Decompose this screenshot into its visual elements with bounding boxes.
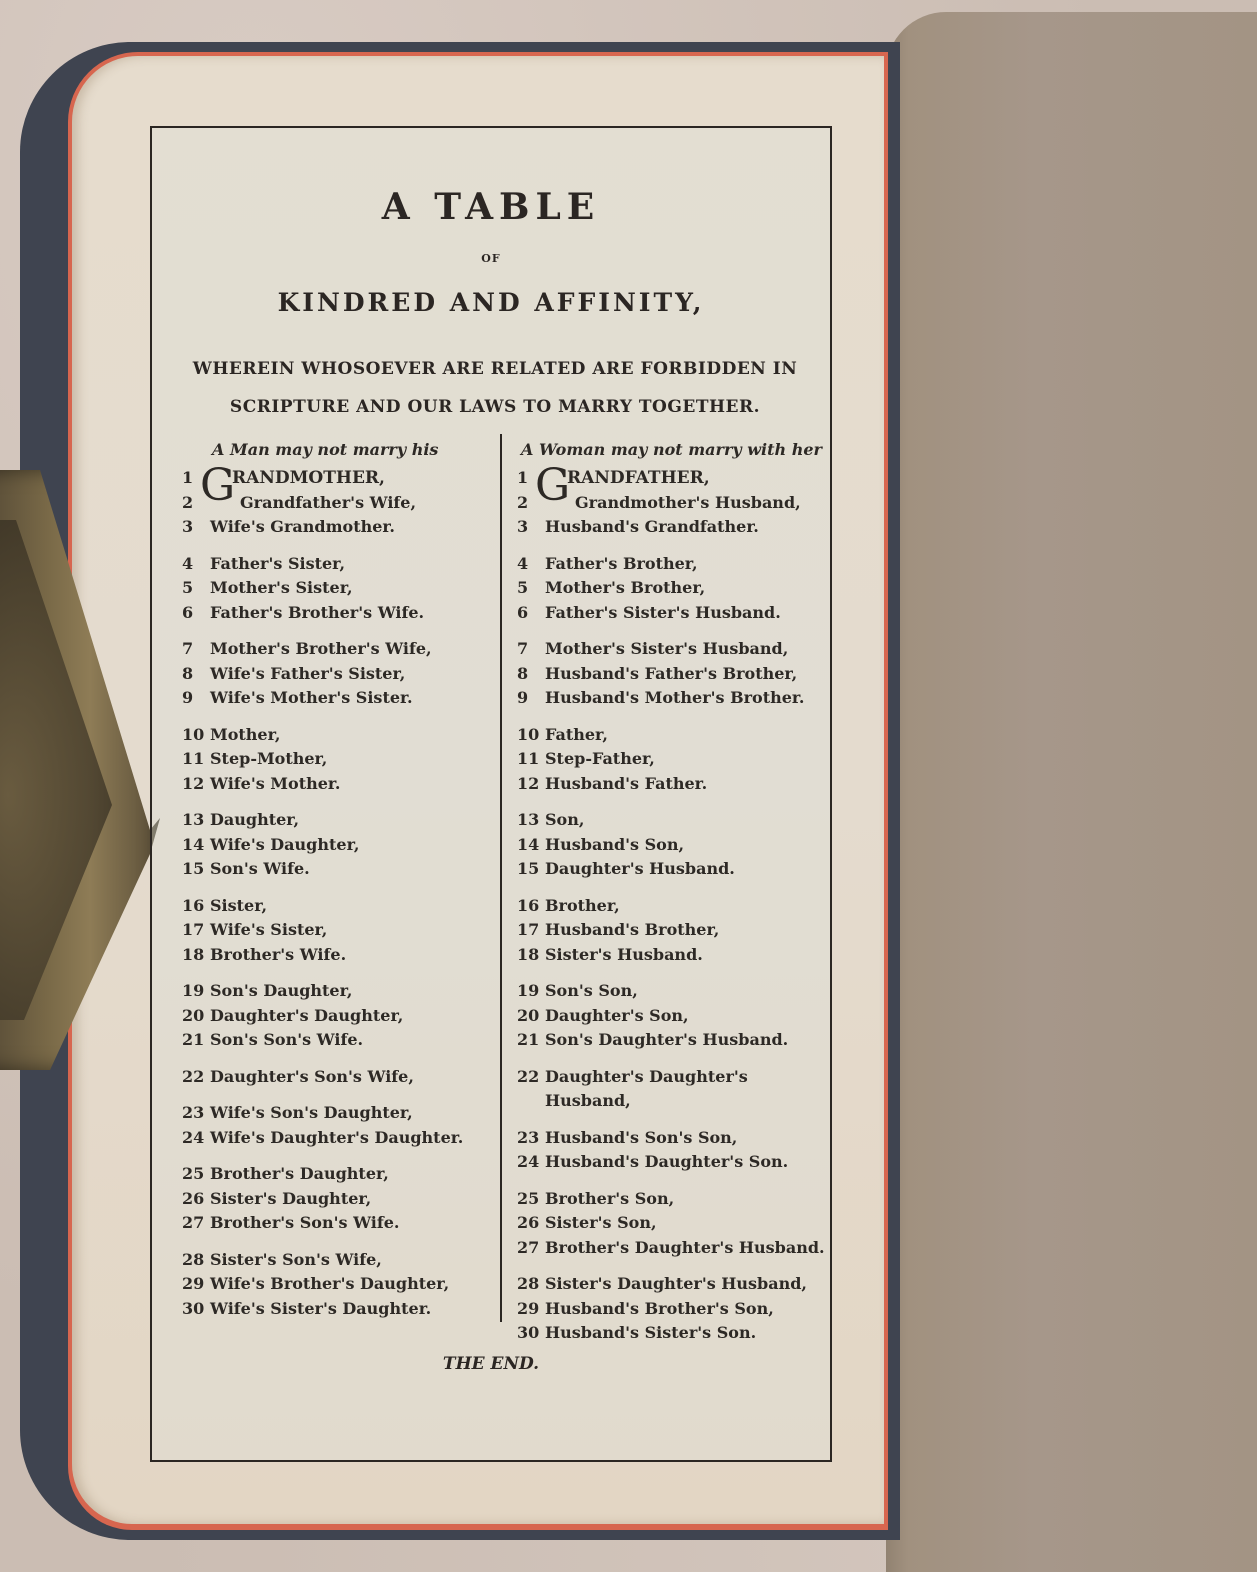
item-text: Wife's Father's Sister, bbox=[210, 662, 502, 687]
list-item: 27Brother's Son's Wife. bbox=[182, 1211, 502, 1236]
list-item: 22Daughter's Son's Wife, bbox=[182, 1065, 502, 1090]
item-text: Husband's Son's Son, bbox=[545, 1126, 827, 1151]
kinship-group: 4Father's Brother,5Mother's Brother,6Fat… bbox=[517, 552, 827, 626]
item-number: 5 bbox=[182, 576, 210, 601]
item-text: Wife's Sister, bbox=[210, 918, 502, 943]
the-end-label: THE END. bbox=[152, 1354, 830, 1374]
list-item: 19Son's Daughter, bbox=[182, 979, 502, 1004]
list-item: 28Sister's Daughter's Husband, bbox=[517, 1272, 827, 1297]
item-text: Son's Wife. bbox=[210, 857, 502, 882]
kinship-group: 7Mother's Sister's Husband,8Husband's Fa… bbox=[517, 637, 827, 711]
item-number: 12 bbox=[182, 772, 210, 797]
list-item: 4Father's Brother, bbox=[517, 552, 827, 577]
list-item: 15Son's Wife. bbox=[182, 857, 502, 882]
kinship-group: 23Wife's Son's Daughter,24Wife's Daughte… bbox=[182, 1101, 502, 1150]
item-number: 6 bbox=[517, 601, 545, 626]
item-number: 28 bbox=[182, 1248, 210, 1273]
item-text: Sister, bbox=[210, 894, 502, 919]
item-text: Husband's Son, bbox=[545, 833, 827, 858]
item-number: 29 bbox=[182, 1272, 210, 1297]
list-item: 22Daughter's Daughter's Husband, bbox=[517, 1065, 827, 1114]
list-item: 13Son, bbox=[517, 808, 827, 833]
list-item: 4Father's Sister, bbox=[182, 552, 502, 577]
list-item: 12Wife's Mother. bbox=[182, 772, 502, 797]
list-item: 14Husband's Son, bbox=[517, 833, 827, 858]
list-item: 6Father's Brother's Wife. bbox=[182, 601, 502, 626]
kinship-group: 28Sister's Daughter's Husband,29Husband'… bbox=[517, 1272, 827, 1346]
item-text: Brother, bbox=[545, 894, 827, 919]
item-text: Brother's Wife. bbox=[210, 943, 502, 968]
item-number: 11 bbox=[517, 747, 545, 772]
item-number: 20 bbox=[182, 1004, 210, 1029]
item-number: 10 bbox=[182, 723, 210, 748]
page-title: A TABLE bbox=[152, 186, 830, 228]
item-text: Grandfather's Wife, bbox=[210, 491, 502, 516]
item-number: 17 bbox=[517, 918, 545, 943]
item-text: Wife's Daughter's Daughter. bbox=[210, 1126, 502, 1151]
list-item: 17Husband's Brother, bbox=[517, 918, 827, 943]
item-number: 21 bbox=[517, 1028, 545, 1053]
item-text: Daughter, bbox=[210, 808, 502, 833]
item-text: Sister's Daughter's Husband, bbox=[545, 1272, 827, 1297]
list-item: 9Wife's Mother's Sister. bbox=[182, 686, 502, 711]
item-text: RANDMOTHER, bbox=[210, 466, 502, 491]
item-text: Father's Brother's Wife. bbox=[210, 601, 502, 626]
item-text: Brother's Daughter's Husband. bbox=[545, 1236, 827, 1261]
item-text: Sister's Son's Wife, bbox=[210, 1248, 502, 1273]
item-number: 16 bbox=[182, 894, 210, 919]
item-number: 28 bbox=[517, 1272, 545, 1297]
kinship-group: 13Son,14Husband's Son,15Daughter's Husba… bbox=[517, 808, 827, 882]
item-number: 7 bbox=[517, 637, 545, 662]
list-item: 23Wife's Son's Daughter, bbox=[182, 1101, 502, 1126]
item-text: Step-Father, bbox=[545, 747, 827, 772]
kinship-group: 28Sister's Son's Wife,29Wife's Brother's… bbox=[182, 1248, 502, 1322]
item-text: Father's Sister, bbox=[210, 552, 502, 577]
item-number: 3 bbox=[517, 515, 545, 540]
list-item: 8Wife's Father's Sister, bbox=[182, 662, 502, 687]
item-number: 6 bbox=[182, 601, 210, 626]
item-text: Mother's Brother's Wife, bbox=[210, 637, 502, 662]
item-text: Husband's Mother's Brother. bbox=[545, 686, 827, 711]
item-text: Husband's Father's Brother, bbox=[545, 662, 827, 687]
list-item: 7Mother's Sister's Husband, bbox=[517, 637, 827, 662]
list-item: 8Husband's Father's Brother, bbox=[517, 662, 827, 687]
list-item: 10Mother, bbox=[182, 723, 502, 748]
list-item: 3Wife's Grandmother. bbox=[182, 515, 502, 540]
item-text: Wife's Brother's Daughter, bbox=[210, 1272, 502, 1297]
list-item: 30Wife's Sister's Daughter. bbox=[182, 1297, 502, 1322]
list-item: 3Husband's Grandfather. bbox=[517, 515, 827, 540]
item-number: 25 bbox=[517, 1187, 545, 1212]
list-item: 18Sister's Husband. bbox=[517, 943, 827, 968]
kinship-group: 4Father's Sister,5Mother's Sister,6Fathe… bbox=[182, 552, 502, 626]
item-text: Father, bbox=[545, 723, 827, 748]
drop-cap: G bbox=[200, 462, 235, 510]
item-text: Mother's Brother, bbox=[545, 576, 827, 601]
item-text: Mother's Sister, bbox=[210, 576, 502, 601]
list-item: 17Wife's Sister, bbox=[182, 918, 502, 943]
item-text: Father's Sister's Husband. bbox=[545, 601, 827, 626]
list-item: 25Brother's Son, bbox=[517, 1187, 827, 1212]
item-number: 30 bbox=[182, 1297, 210, 1322]
drop-cap: G bbox=[535, 462, 570, 510]
item-text: Wife's Mother. bbox=[210, 772, 502, 797]
kinship-group: 19Son's Daughter,20Daughter's Daughter,2… bbox=[182, 979, 502, 1053]
list-item: 16Sister, bbox=[182, 894, 502, 919]
item-text: Daughter's Husband. bbox=[545, 857, 827, 882]
list-item: 15Daughter's Husband. bbox=[517, 857, 827, 882]
list-item: 7Mother's Brother's Wife, bbox=[182, 637, 502, 662]
item-number: 13 bbox=[182, 808, 210, 833]
item-number: 15 bbox=[517, 857, 545, 882]
item-number: 9 bbox=[182, 686, 210, 711]
item-text: Sister's Daughter, bbox=[210, 1187, 502, 1212]
list-item: 25Brother's Daughter, bbox=[182, 1162, 502, 1187]
item-text: Husband's Grandfather. bbox=[545, 515, 827, 540]
item-number: 22 bbox=[517, 1065, 545, 1114]
list-item: 26Sister's Son, bbox=[517, 1211, 827, 1236]
item-number: 26 bbox=[517, 1211, 545, 1236]
kinship-group: 25Brother's Daughter,26Sister's Daughter… bbox=[182, 1162, 502, 1236]
list-item: 10Father, bbox=[517, 723, 827, 748]
kinship-group: 7Mother's Brother's Wife,8Wife's Father'… bbox=[182, 637, 502, 711]
title-connector: OF bbox=[152, 252, 830, 265]
item-text: Sister's Son, bbox=[545, 1211, 827, 1236]
item-number: 10 bbox=[517, 723, 545, 748]
item-number: 21 bbox=[182, 1028, 210, 1053]
list-item: 11Step-Mother, bbox=[182, 747, 502, 772]
list-item: 29Husband's Brother's Son, bbox=[517, 1297, 827, 1322]
item-number: 27 bbox=[182, 1211, 210, 1236]
list-item: 29Wife's Brother's Daughter, bbox=[182, 1272, 502, 1297]
item-text: Step-Mother, bbox=[210, 747, 502, 772]
item-text: Husband's Sister's Son. bbox=[545, 1321, 827, 1346]
page-subtitle: KINDRED AND AFFINITY, bbox=[152, 288, 830, 317]
item-number: 22 bbox=[182, 1065, 210, 1090]
description-line-1: WHEREIN WHOSOEVER ARE RELATED ARE FORBID… bbox=[170, 350, 820, 388]
list-item: 20Daughter's Son, bbox=[517, 1004, 827, 1029]
list-item: 13Daughter, bbox=[182, 808, 502, 833]
kinship-group: G1RANDFATHER,2Grandmother's Husband,3Hus… bbox=[517, 466, 827, 540]
item-number: 29 bbox=[517, 1297, 545, 1322]
item-number: 23 bbox=[182, 1101, 210, 1126]
page-description: WHEREIN WHOSOEVER ARE RELATED ARE FORBID… bbox=[170, 350, 820, 426]
item-text: Wife's Sister's Daughter. bbox=[210, 1297, 502, 1322]
list-item: 24Husband's Daughter's Son. bbox=[517, 1150, 827, 1175]
list-item: 12Husband's Father. bbox=[517, 772, 827, 797]
list-item: 6Father's Sister's Husband. bbox=[517, 601, 827, 626]
item-text: Brother's Daughter, bbox=[210, 1162, 502, 1187]
item-number: 8 bbox=[182, 662, 210, 687]
list-item: 26Sister's Daughter, bbox=[182, 1187, 502, 1212]
list-item: 23Husband's Son's Son, bbox=[517, 1126, 827, 1151]
facing-page bbox=[886, 12, 1257, 1572]
list-item: 20Daughter's Daughter, bbox=[182, 1004, 502, 1029]
kinship-group: 22Daughter's Son's Wife, bbox=[182, 1065, 502, 1090]
list-item: 19Son's Son, bbox=[517, 979, 827, 1004]
item-text: Son's Daughter, bbox=[210, 979, 502, 1004]
kinship-group: 13Daughter,14Wife's Daughter,15Son's Wif… bbox=[182, 808, 502, 882]
item-text: Wife's Mother's Sister. bbox=[210, 686, 502, 711]
item-number: 5 bbox=[517, 576, 545, 601]
kinship-group: 16Sister,17Wife's Sister,18Brother's Wif… bbox=[182, 894, 502, 968]
item-text: Brother's Son, bbox=[545, 1187, 827, 1212]
item-text: Husband's Father. bbox=[545, 772, 827, 797]
item-number: 18 bbox=[182, 943, 210, 968]
item-text: Grandmother's Husband, bbox=[545, 491, 827, 516]
item-number: 17 bbox=[182, 918, 210, 943]
item-number: 8 bbox=[517, 662, 545, 687]
list-item: 11Step-Father, bbox=[517, 747, 827, 772]
item-number: 30 bbox=[517, 1321, 545, 1346]
list-item: 27Brother's Daughter's Husband. bbox=[517, 1236, 827, 1261]
list-item: 18Brother's Wife. bbox=[182, 943, 502, 968]
list-item: 28Sister's Son's Wife, bbox=[182, 1248, 502, 1273]
column-woman: A Woman may not marry with her G1RANDFAT… bbox=[517, 440, 827, 1358]
item-text: Daughter's Son's Wife, bbox=[210, 1065, 502, 1090]
column-man: A Man may not marry his G1RANDMOTHER,2Gr… bbox=[182, 440, 502, 1333]
list-item: 21Son's Son's Wife. bbox=[182, 1028, 502, 1053]
kinship-group: 10Father,11Step-Father,12Husband's Fathe… bbox=[517, 723, 827, 797]
list-item: 21Son's Daughter's Husband. bbox=[517, 1028, 827, 1053]
item-number: 25 bbox=[182, 1162, 210, 1187]
item-text: Wife's Son's Daughter, bbox=[210, 1101, 502, 1126]
item-number: 11 bbox=[182, 747, 210, 772]
list-item: 5Mother's Sister, bbox=[182, 576, 502, 601]
list-item: 14Wife's Daughter, bbox=[182, 833, 502, 858]
kinship-group: 22Daughter's Daughter's Husband, bbox=[517, 1065, 827, 1114]
item-text: Mother, bbox=[210, 723, 502, 748]
item-number: 16 bbox=[517, 894, 545, 919]
kinship-group: 16Brother,17Husband's Brother,18Sister's… bbox=[517, 894, 827, 968]
item-number: 19 bbox=[182, 979, 210, 1004]
item-text: Husband's Brother's Son, bbox=[545, 1297, 827, 1322]
item-number: 9 bbox=[517, 686, 545, 711]
item-text: Husband's Brother, bbox=[545, 918, 827, 943]
kinship-list-woman: G1RANDFATHER,2Grandmother's Husband,3Hus… bbox=[517, 466, 827, 1346]
item-number: 27 bbox=[517, 1236, 545, 1261]
printed-border-frame: A TABLE OF KINDRED AND AFFINITY, WHEREIN… bbox=[150, 126, 832, 1462]
item-number: 12 bbox=[517, 772, 545, 797]
list-item: 9Husband's Mother's Brother. bbox=[517, 686, 827, 711]
item-text: Sister's Husband. bbox=[545, 943, 827, 968]
item-number: 14 bbox=[517, 833, 545, 858]
list-item: 5Mother's Brother, bbox=[517, 576, 827, 601]
item-text: Wife's Grandmother. bbox=[210, 515, 502, 540]
item-text: Father's Brother, bbox=[545, 552, 827, 577]
item-number: 15 bbox=[182, 857, 210, 882]
item-number: 24 bbox=[182, 1126, 210, 1151]
item-text: Brother's Son's Wife. bbox=[210, 1211, 502, 1236]
item-number: 23 bbox=[517, 1126, 545, 1151]
item-text: Mother's Sister's Husband, bbox=[545, 637, 827, 662]
item-text: Son, bbox=[545, 808, 827, 833]
item-text: Wife's Daughter, bbox=[210, 833, 502, 858]
item-number: 3 bbox=[182, 515, 210, 540]
item-number: 14 bbox=[182, 833, 210, 858]
kinship-group: G1RANDMOTHER,2Grandfather's Wife,3Wife's… bbox=[182, 466, 502, 540]
item-number: 19 bbox=[517, 979, 545, 1004]
item-number: 24 bbox=[517, 1150, 545, 1175]
item-text: Son's Daughter's Husband. bbox=[545, 1028, 827, 1053]
item-text: RANDFATHER, bbox=[545, 466, 827, 491]
item-number: 26 bbox=[182, 1187, 210, 1212]
kinship-group: 25Brother's Son,26Sister's Son,27Brother… bbox=[517, 1187, 827, 1261]
list-item: 16Brother, bbox=[517, 894, 827, 919]
item-number: 18 bbox=[517, 943, 545, 968]
kinship-group: 10Mother,11Step-Mother,12Wife's Mother. bbox=[182, 723, 502, 797]
item-text: Son's Son's Wife. bbox=[210, 1028, 502, 1053]
item-number: 20 bbox=[517, 1004, 545, 1029]
list-item: 24Wife's Daughter's Daughter. bbox=[182, 1126, 502, 1151]
kinship-group: 19Son's Son,20Daughter's Son,21Son's Dau… bbox=[517, 979, 827, 1053]
item-number: 7 bbox=[182, 637, 210, 662]
item-text: Husband's Daughter's Son. bbox=[545, 1150, 827, 1175]
item-number: 4 bbox=[182, 552, 210, 577]
kinship-list-man: G1RANDMOTHER,2Grandfather's Wife,3Wife's… bbox=[182, 466, 502, 1321]
item-text: Daughter's Daughter, bbox=[210, 1004, 502, 1029]
kinship-group: 23Husband's Son's Son,24Husband's Daught… bbox=[517, 1126, 827, 1175]
item-text: Daughter's Daughter's Husband, bbox=[545, 1065, 827, 1114]
item-number: 4 bbox=[517, 552, 545, 577]
item-text: Son's Son, bbox=[545, 979, 827, 1004]
description-line-2: SCRIPTURE AND OUR LAWS TO MARRY TOGETHER… bbox=[170, 388, 820, 426]
list-item: 30Husband's Sister's Son. bbox=[517, 1321, 827, 1346]
item-number: 13 bbox=[517, 808, 545, 833]
item-text: Daughter's Son, bbox=[545, 1004, 827, 1029]
